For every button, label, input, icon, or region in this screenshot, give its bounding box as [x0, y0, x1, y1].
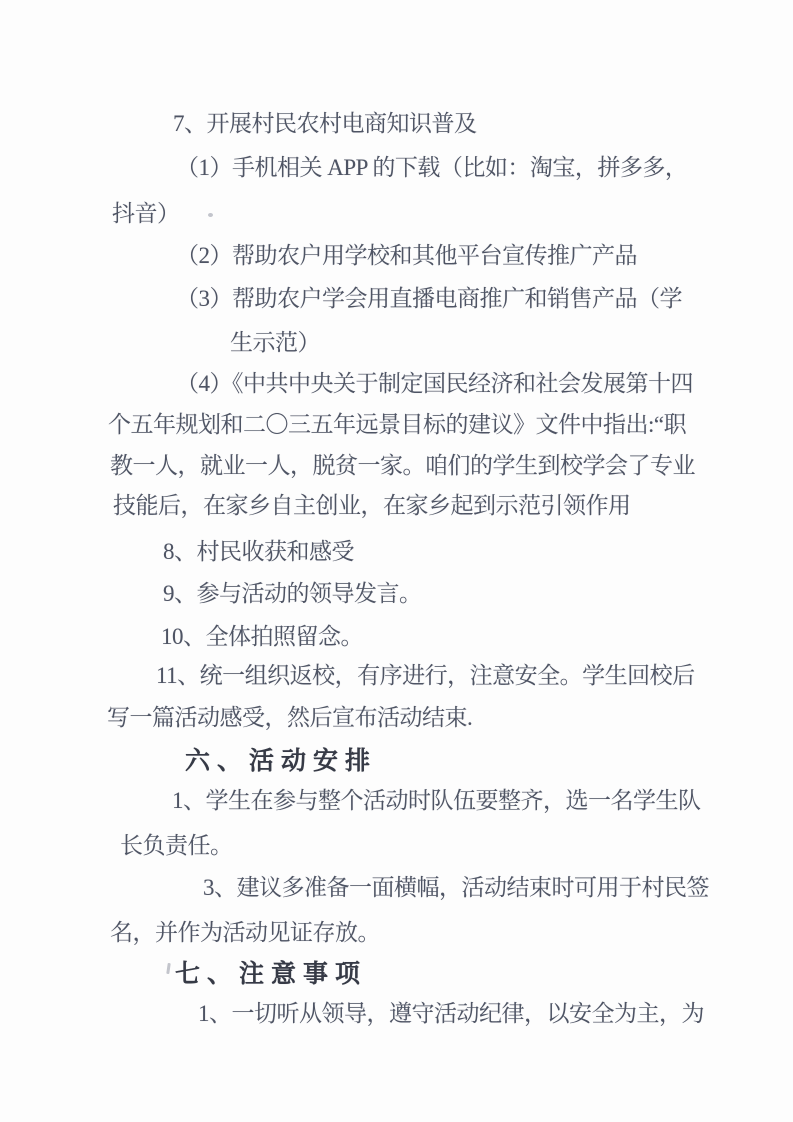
text-line: 1、一切听从领导，遵守活动纪律，以安全为主，为	[198, 999, 704, 1029]
text-line: 生示范）	[230, 328, 320, 358]
text-line: （1）手机相关 APP 的下载（比如：淘宝，拼多多，	[176, 153, 687, 183]
text-line: 9、参与活动的领导发言。	[163, 579, 422, 609]
text-line: （2）帮助农户用学校和其他平台宣传推广产品	[176, 241, 637, 271]
text-line: 长负责任。	[120, 831, 233, 861]
text-line: 写一篇活动感受，然后宣布活动结束.	[107, 703, 472, 733]
text-line: （4）《中共中央关于制定国民经济和社会发展第十四	[176, 369, 693, 399]
text-line: 7、开展村民农村电商知识普及	[173, 109, 477, 139]
document-page: 7、开展村民农村电商知识普及（1）手机相关 APP 的下载（比如：淘宝，拼多多，…	[0, 0, 793, 1122]
text-line: 技能后，在家乡自主创业，在家乡起到示范引领作用	[113, 491, 631, 521]
text-line: 名，并作为活动见证存放。	[110, 918, 380, 948]
section-heading: 七、注意事项	[175, 959, 367, 989]
section-heading: 六、活动安排	[185, 746, 377, 776]
text-line: 10、全体拍照留念。	[161, 622, 363, 652]
text-line: 8、村民收获和感受	[163, 537, 354, 567]
tick-mark-artifact	[166, 963, 171, 974]
text-line: 教一人，就业一人，脱贫一家。咱们的学生到校学会了专业	[110, 451, 695, 481]
text-line: （3）帮助农户学会用直播电商推广和销售产品（学	[176, 284, 682, 314]
ink-dot-artifact	[208, 213, 213, 217]
text-line: 个五年规划和二〇三五年远景目标的建议》文件中指出:“职	[108, 410, 686, 440]
text-line: 1、学生在参与整个活动时队伍要整齐，选一名学生队	[172, 786, 701, 816]
text-line: 3、建议多准备一面横幅，活动结束时可用于村民签	[203, 873, 709, 903]
text-line: 11、统一组织返校，有序进行，注意安全。学生回校后	[156, 661, 695, 691]
text-line: 抖音）	[112, 199, 180, 229]
